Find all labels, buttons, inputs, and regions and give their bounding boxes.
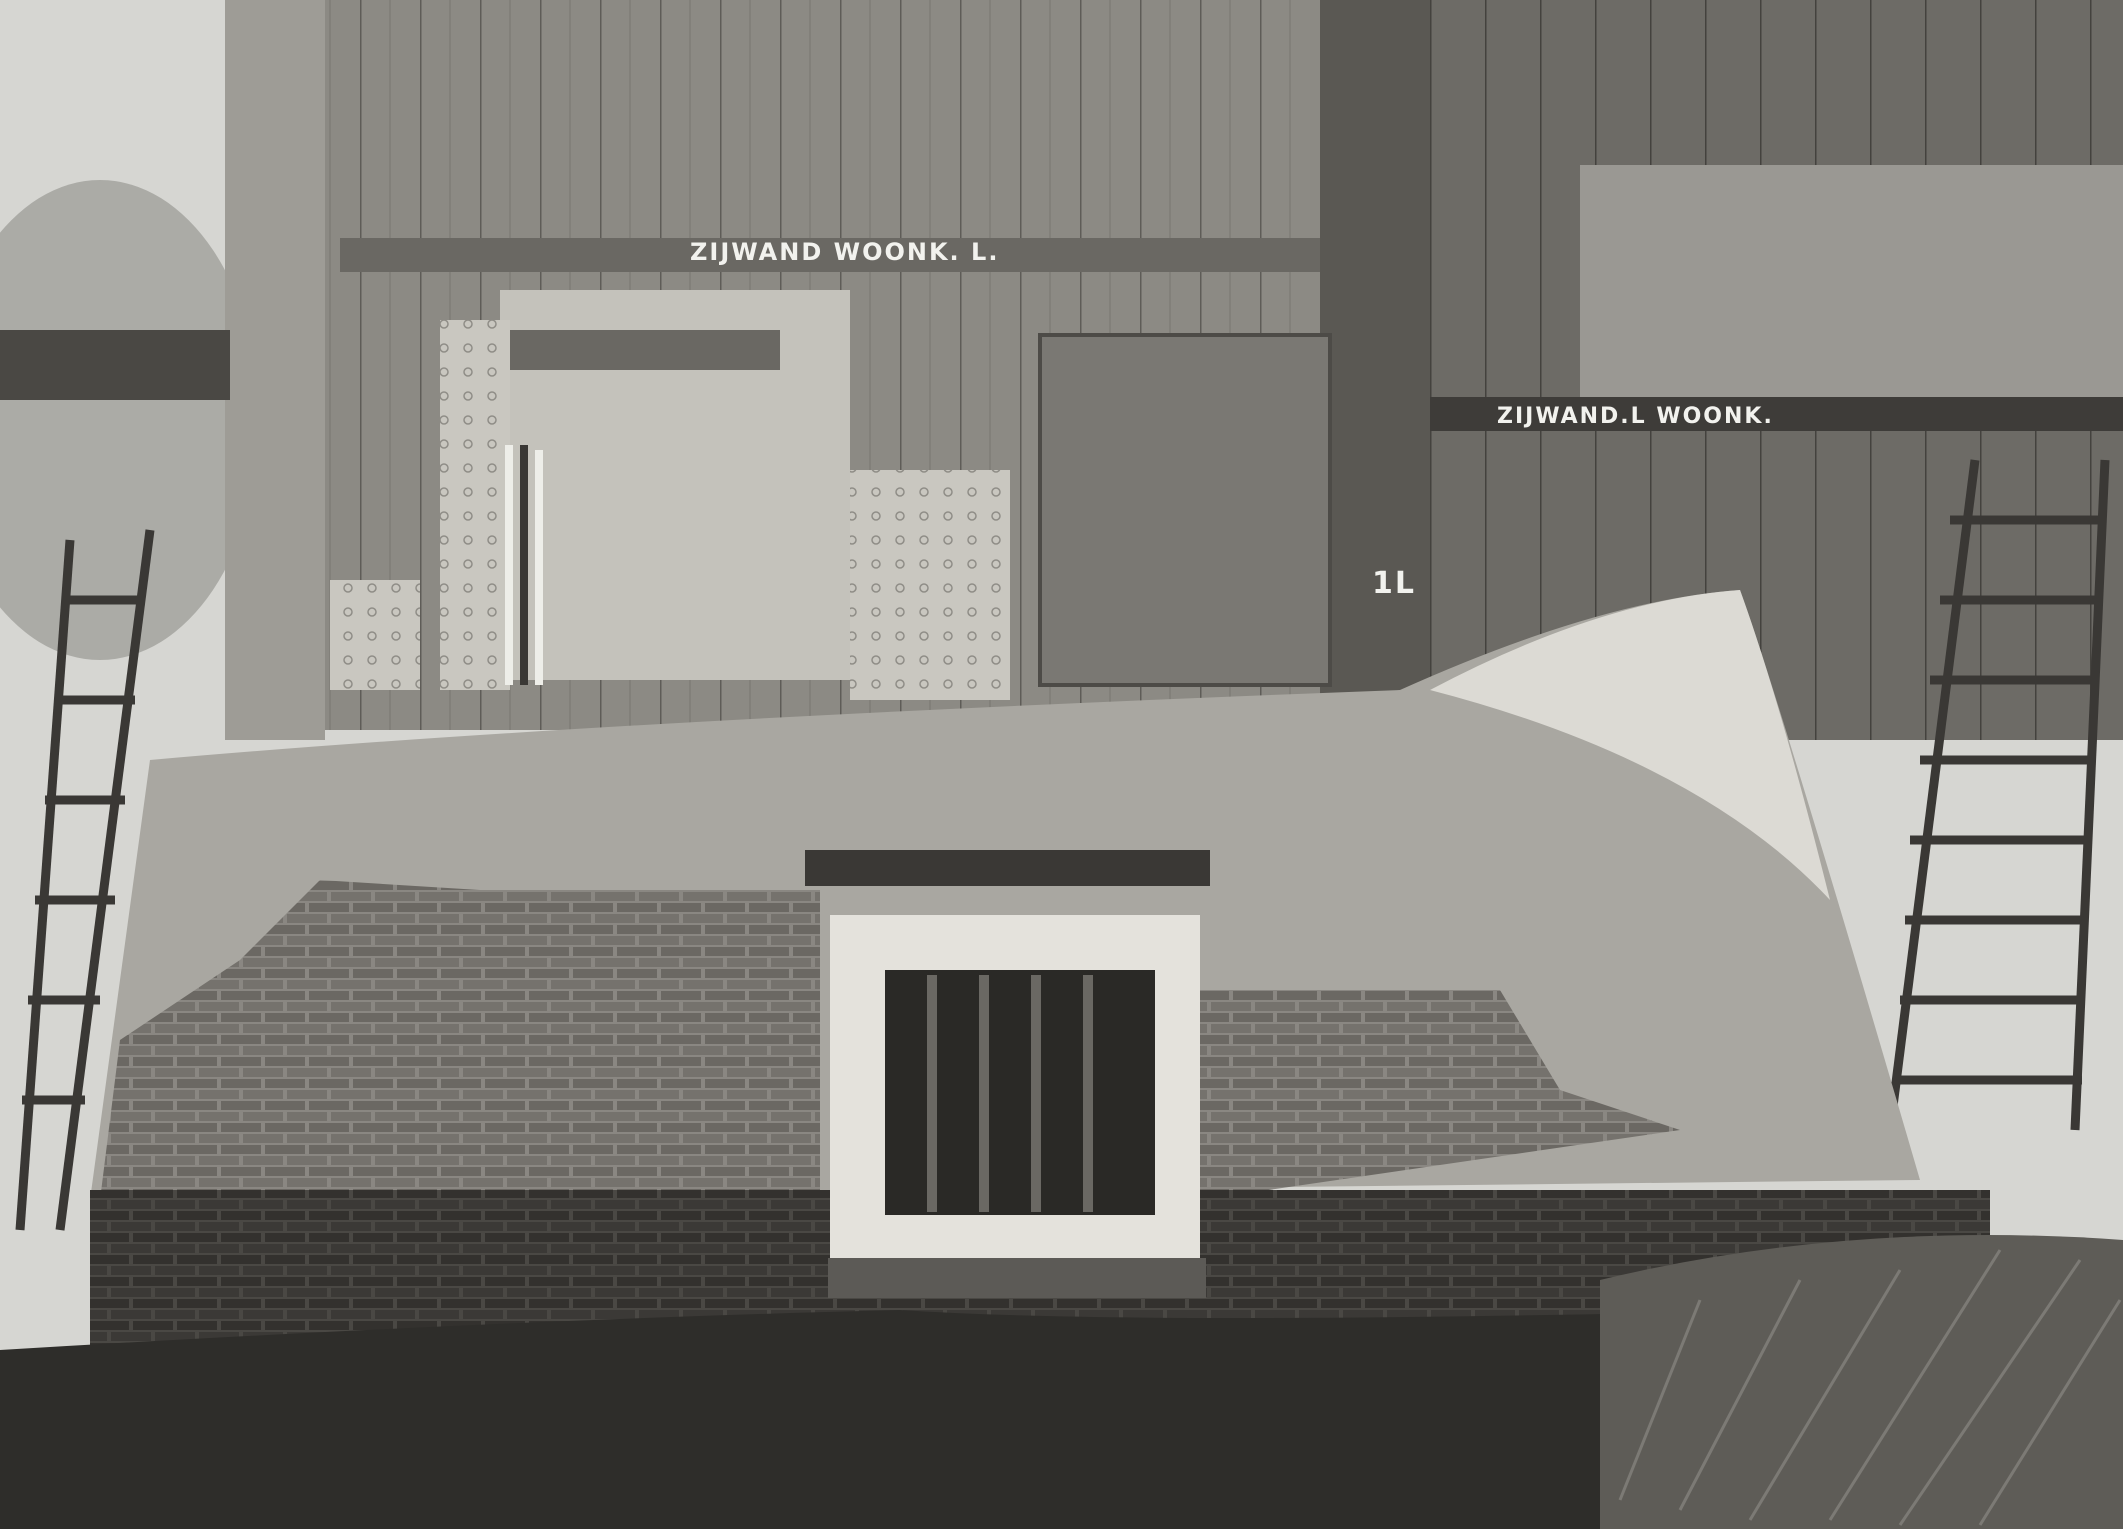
photograph: ZIJWAND WOONK. L. ZIJWAND.L WOONK. 1L (0, 0, 2123, 1529)
painted-label-left: ZIJWAND WOONK. L. (690, 238, 999, 266)
painted-label-right: ZIJWAND.L WOONK. (1497, 404, 1774, 429)
building-illustration (0, 0, 2123, 1529)
painted-label-post: 1L (1372, 566, 1416, 601)
